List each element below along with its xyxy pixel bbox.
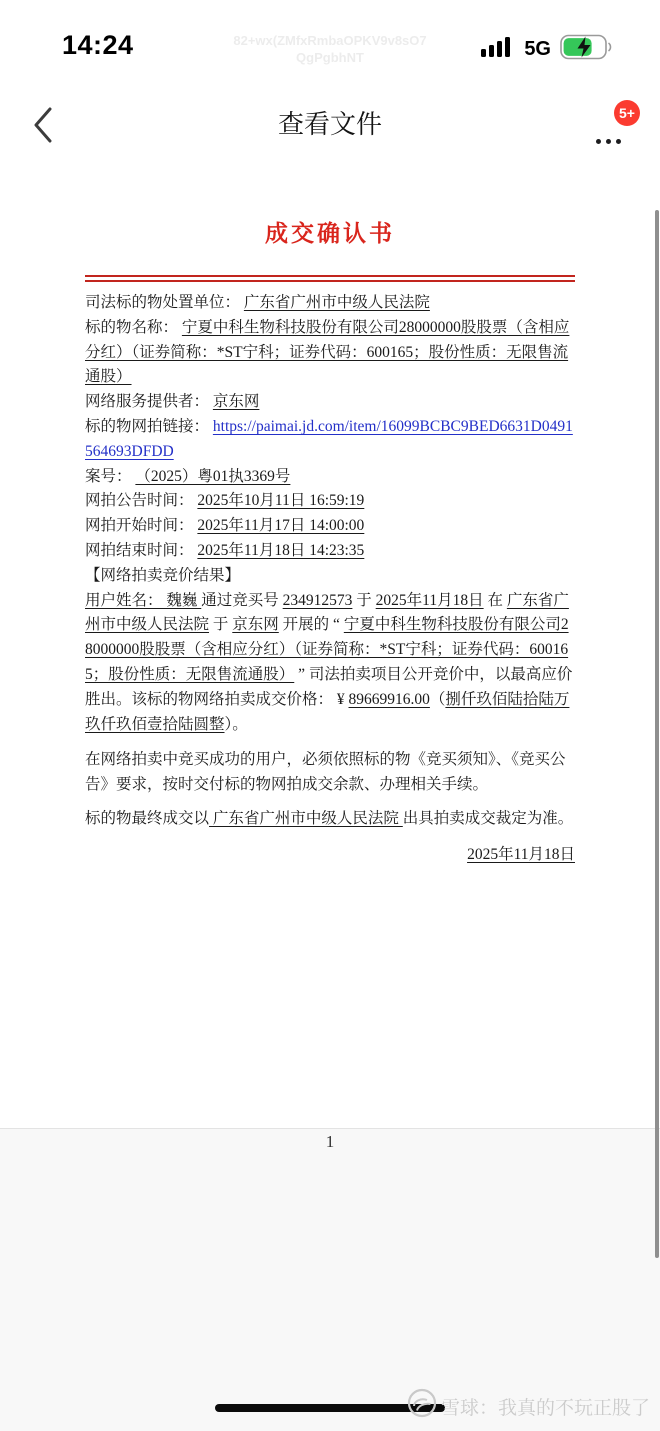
end-time-line: 网拍结束时间： 2025年11月18日 14:23:35 xyxy=(85,539,575,564)
status-bar: 14:24 82+wx(ZMfxRmbaOPKV9v8sO7 QgPgbhNT … xyxy=(0,0,660,90)
case-number-line: 案号： （2025）粤01执3369号 xyxy=(85,465,575,490)
start-time-line: 网拍开始时间： 2025年11月17日 14:00:00 xyxy=(85,514,575,539)
disposal-unit-line: 司法标的物处置单位： 广东省广州市中级人民法院 xyxy=(85,291,575,316)
payment-notice-paragraph: 在网络拍卖中竞买成功的用户，必须依照标的物《竞买须知》、《竞买公告》要求，按时交… xyxy=(85,748,575,798)
result-heading: 【网络拍卖竞价结果】 xyxy=(85,564,575,589)
document-date: 2025年11月18日 xyxy=(85,843,575,868)
subject-name-line: 标的物名称： 宁夏中科生物科技股份有限公司28000000股股票（含相应分红）（… xyxy=(85,316,575,390)
document-title: 成交确认书 xyxy=(85,215,575,248)
status-time: 14:24 xyxy=(62,30,134,61)
service-provider-line: 网络服务提供者： 京东网 xyxy=(85,390,575,415)
final-ruling-line: 标的物最终成交以 广东省广州市中级人民法院 出具拍卖成交裁定为准。 xyxy=(85,807,575,832)
red-double-rule xyxy=(85,275,575,282)
auction-link-line: 标的物网拍链接： https://paimai.jd.com/item/1609… xyxy=(85,415,575,465)
status-icons: 5G xyxy=(481,34,613,65)
page-number: 1 xyxy=(0,1132,660,1152)
network-type-label: 5G xyxy=(524,38,551,61)
cellular-signal-icon xyxy=(481,36,515,63)
announce-time-line: 网拍公告时间： 2025年10月11日 16:59:19 xyxy=(85,489,575,514)
ellipsis-icon xyxy=(596,139,621,144)
scrollbar-thumb[interactable] xyxy=(655,210,659,1258)
battery-charging-icon xyxy=(560,34,613,65)
page-title: 查看文件 xyxy=(0,104,660,141)
document-body: 司法标的物处置单位： 广东省广州市中级人民法院标的物名称： 宁夏中科生物科技股份… xyxy=(85,291,575,868)
document-viewer[interactable]: 成交确认书 司法标的物处置单位： 广东省广州市中级人民法院标的物名称： 宁夏中科… xyxy=(0,163,660,1128)
page-footer-area: 1 xyxy=(0,1128,660,1431)
result-paragraph: 用户姓名： 魏巍 通过竞买号 234912573 于 2025年11月18日 在… xyxy=(85,589,575,738)
notification-badge: 5+ xyxy=(614,100,640,126)
document-page: 成交确认书 司法标的物处置单位： 广东省广州市中级人民法院标的物名称： 宁夏中科… xyxy=(0,163,660,868)
home-indicator[interactable] xyxy=(215,1404,445,1412)
nav-bar: 查看文件 5+ xyxy=(0,90,660,164)
